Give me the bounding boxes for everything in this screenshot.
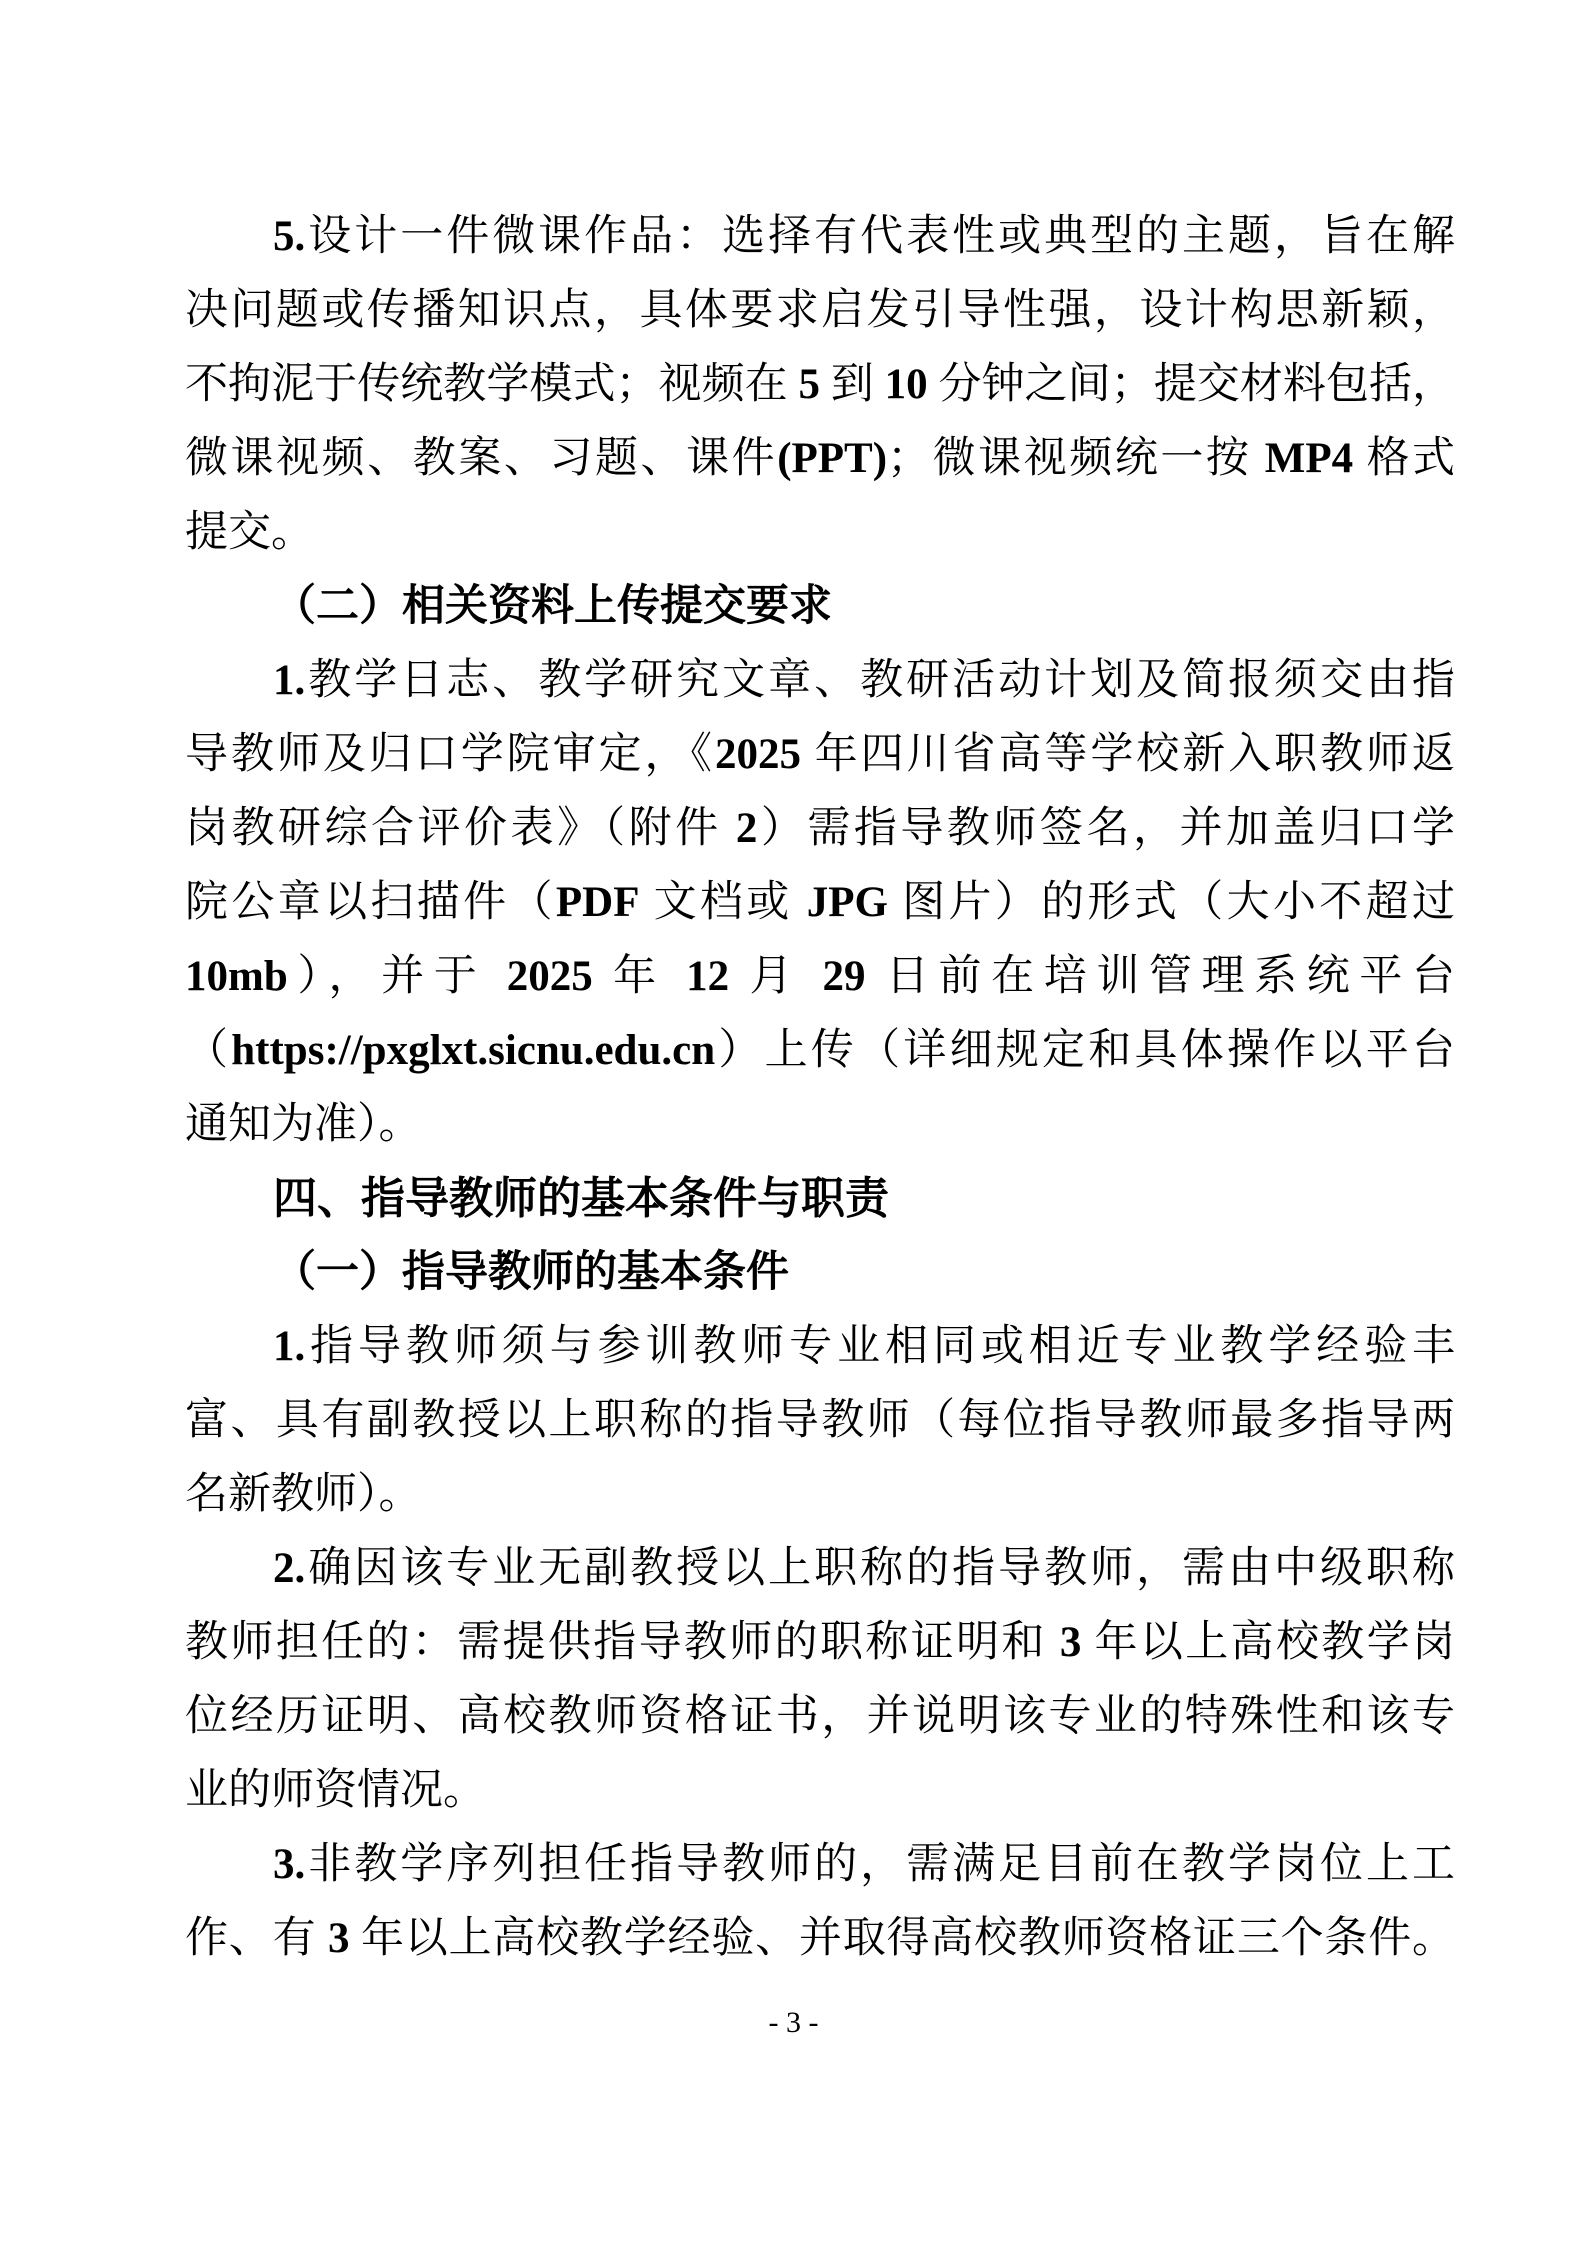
paragraph-line: 院公章以扫描件（PDF 文档或 JPG 图片）的形式（大小不超过	[185, 866, 1455, 940]
paragraph-line: 提交。	[185, 496, 1455, 570]
paragraph-line: 1.教学日志、教学研究文章、教研活动计划及简报须交由指	[185, 644, 1455, 718]
paragraph-line: 微课视频、教案、习题、课件(PPT)；微课视频统一按 MP4 格式	[185, 422, 1455, 496]
paragraph-line: 导教师及归口学院审定，《2025 年四川省高等学校新入职教师返	[185, 718, 1455, 792]
paragraph-line: 教师担任的：需提供指导教师的职称证明和 3 年以上高校教学岗	[185, 1606, 1455, 1680]
paragraph-line: 5.设计一件微课作品：选择有代表性或典型的主题，旨在解	[185, 200, 1455, 274]
paragraph-line: 富、具有副教授以上职称的指导教师（每位指导教师最多指导两	[185, 1384, 1455, 1458]
paragraph-line: 业的师资情况。	[185, 1754, 1455, 1828]
paragraph-line: 2.确因该专业无副教授以上职称的指导教师，需由中级职称	[185, 1532, 1455, 1606]
paragraph-line: 岗教研综合评价表》（附件 2）需指导教师签名，并加盖归口学	[185, 792, 1455, 866]
page-number: - 3 -	[0, 2000, 1587, 2046]
paragraph-line: 位经历证明、高校教师资格证书，并说明该专业的特殊性和该专	[185, 1680, 1455, 1754]
paragraph-line: 1.指导教师须与参训教师专业相同或相近专业教学经验丰	[185, 1310, 1455, 1384]
paragraph-line: 通知为准）。	[185, 1088, 1455, 1162]
paragraph-line: 决问题或传播知识点，具体要求启发引导性强，设计构思新颖，	[185, 274, 1455, 348]
paragraph-line: 作、有 3 年以上高校教学经验、并取得高校教师资格证三个条件。	[185, 1902, 1455, 1976]
document-page: 5.设计一件微课作品：选择有代表性或典型的主题，旨在解 决问题或传播知识点，具体…	[0, 0, 1587, 2245]
heading-subsection-2: （二）相关资料上传提交要求	[185, 570, 1455, 644]
paragraph-line: 3.非教学序列担任指导教师的，需满足目前在教学岗位上工	[185, 1828, 1455, 1902]
paragraph-line: 不拘泥于传统教学模式；视频在 5 到 10 分钟之间；提交材料包括，	[185, 348, 1455, 422]
document-body: 5.设计一件微课作品：选择有代表性或典型的主题，旨在解 决问题或传播知识点，具体…	[185, 200, 1455, 1976]
paragraph-line: 10mb），并于 2025 年 12 月 29 日前在培训管理系统平台	[185, 940, 1455, 1014]
heading-subsection-1: （一）指导教师的基本条件	[185, 1236, 1455, 1310]
heading-section-4: 四、指导教师的基本条件与职责	[185, 1162, 1455, 1236]
paragraph-line-url: （https://pxglxt.sicnu.edu.cn）上传（详细规定和具体操…	[185, 1014, 1455, 1088]
paragraph-line: 名新教师）。	[185, 1458, 1455, 1532]
